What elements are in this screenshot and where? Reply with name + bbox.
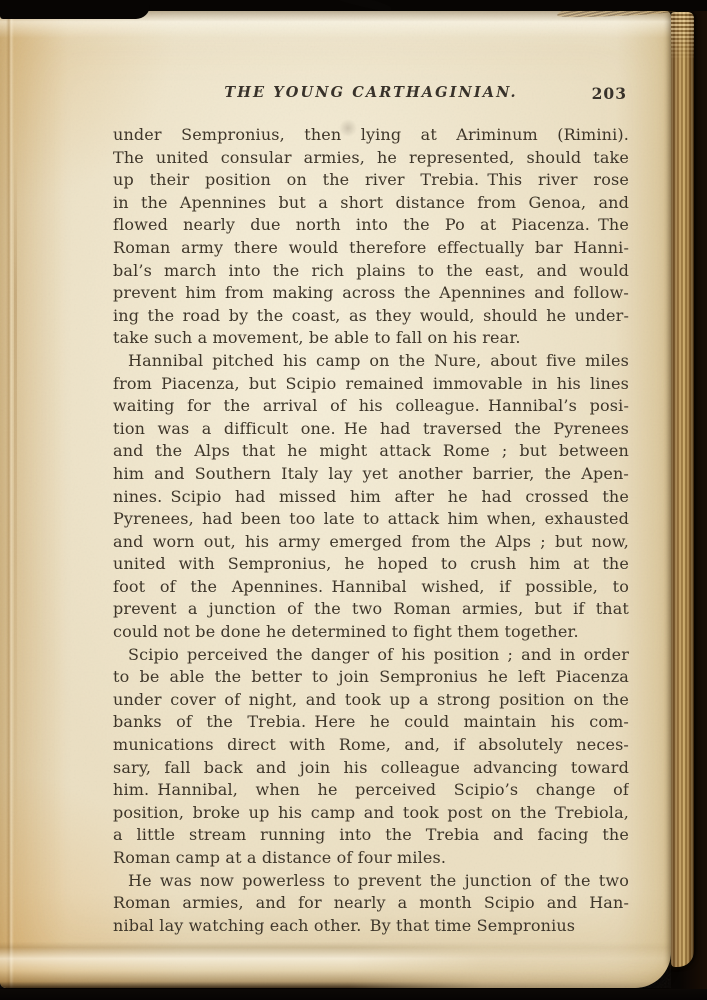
text-line: foot of the Apennines. Hannibal wished, … [113, 576, 629, 599]
scan-background-top-left [0, 0, 150, 19]
paragraph: Hannibal pitched his camp on the Nure, a… [113, 350, 629, 644]
text-line: prevent him from making across the Apenn… [113, 282, 629, 305]
text-line: and worn out, his army emerged from the … [113, 531, 629, 554]
text-line: munications direct with Rome, and, if ab… [113, 734, 629, 757]
text-line: united with Sempronius, he hoped to crus… [113, 553, 629, 576]
text-line: him. Hannibal, when he perceived Scipio’… [113, 779, 629, 802]
text-line: up their position on the river Trebia. T… [113, 169, 629, 192]
text-line: He was now powerless to prevent the junc… [113, 870, 629, 893]
page-crease [6, 10, 14, 988]
page-crease-secondary [14, 150, 17, 868]
text-line: take such a movement, be able to fall on… [113, 327, 629, 350]
text-line: bal’s march into the rich plains to the … [113, 260, 629, 283]
text-line: flowed nearly due north into the Po at P… [113, 214, 629, 237]
scanned-book-photo: THE YOUNG CARTHAGINIAN. 203 under Sempro… [0, 0, 707, 1000]
book-fore-edge [671, 12, 694, 967]
text-line: Hannibal pitched his camp on the Nure, a… [113, 350, 629, 373]
text-line: Scipio perceived the danger of his posit… [113, 644, 629, 667]
text-line: him and Southern Italy lay yet another b… [113, 463, 629, 486]
text-line: in the Apennines but a short distance fr… [113, 192, 629, 215]
paragraph: under Sempronius, then lying at Ariminum… [113, 124, 629, 350]
text-line: could not be done he determined to fight… [113, 621, 629, 644]
text-line: tion was a difficult one. He had travers… [113, 418, 629, 441]
text-line: Roman armies, and for nearly a month Sci… [113, 892, 629, 915]
text-line: under Sempronius, then lying at Ariminum… [113, 124, 629, 147]
text-line: banks of the Trebia. Here he could maint… [113, 711, 629, 734]
text-line: waiting for the arrival of his colleague… [113, 395, 629, 418]
text-line: under cover of night, and took up a stro… [113, 689, 629, 712]
text-line: The united consular armies, he represent… [113, 147, 629, 170]
body-text: under Sempronius, then lying at Ariminum… [113, 124, 629, 937]
text-line: sary, fall back and join his colleague a… [113, 757, 629, 780]
text-line: ing the road by the coast, as they would… [113, 305, 629, 328]
paragraph: Scipio perceived the danger of his posit… [113, 644, 629, 870]
text-line: a little stream running into the Trebia … [113, 824, 629, 847]
paragraph: He was now powerless to prevent the junc… [113, 870, 629, 938]
text-line: position, broke up his camp and took pos… [113, 802, 629, 825]
running-title: THE YOUNG CARTHAGINIAN. [224, 84, 517, 101]
text-line: to be able the better to join Sempronius… [113, 666, 629, 689]
page-text: THE YOUNG CARTHAGINIAN. 203 under Sempro… [113, 84, 629, 937]
text-line: Pyrenees, had been too late to attack hi… [113, 508, 629, 531]
scan-background-bottom [0, 989, 707, 1000]
text-line: Roman army there would therefore effectu… [113, 237, 629, 260]
book-page: THE YOUNG CARTHAGINIAN. 203 under Sempro… [0, 10, 671, 988]
text-line: prevent a junction of the two Roman armi… [113, 598, 629, 621]
page-number: 203 [592, 84, 627, 103]
text-line: nibal lay watching each other. By that t… [113, 915, 629, 938]
page-header: THE YOUNG CARTHAGINIAN. 203 [113, 84, 629, 110]
text-line: nines. Scipio had missed him after he ha… [113, 486, 629, 509]
text-line: and the Alps that he might attack Rome ;… [113, 440, 629, 463]
text-line: from Piacenza, but Scipio remained immov… [113, 373, 629, 396]
text-line: Roman camp at a distance of four miles. [113, 847, 629, 870]
